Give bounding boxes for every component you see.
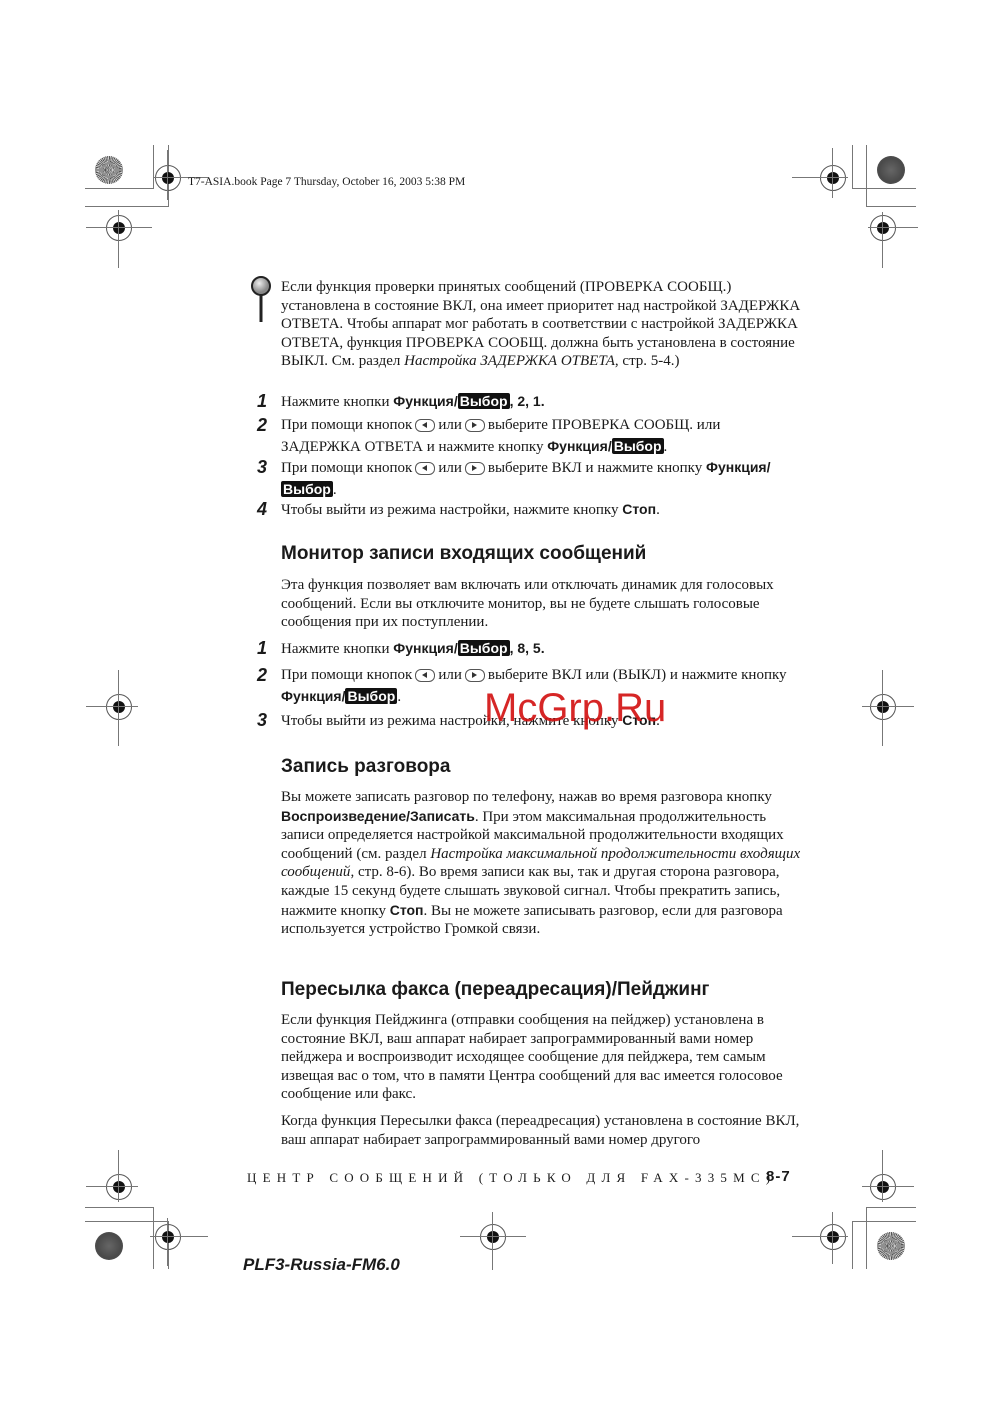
registration-mark-icon xyxy=(820,1224,846,1250)
select-key: Выбор xyxy=(458,393,510,409)
document-id: PLF3-Russia-FM6.0 xyxy=(243,1255,400,1275)
registration-mark-icon xyxy=(870,694,896,720)
watermark: McGrp.Ru xyxy=(484,686,666,731)
color-rosette-icon xyxy=(95,1232,123,1260)
color-rosette-icon xyxy=(95,156,123,184)
function-key: Функция/ xyxy=(393,393,457,409)
section-title-record: Запись разговора xyxy=(281,756,450,778)
print-header-meta: T7-ASIA.book Page 7 Thursday, October 16… xyxy=(188,176,465,188)
registration-mark-icon xyxy=(106,215,132,241)
registration-mark-icon xyxy=(870,215,896,241)
left-arrow-key-icon xyxy=(415,669,435,682)
registration-mark-icon xyxy=(480,1224,506,1250)
section-title-paging: Пересылка факса (переадресация)/Пейджинг xyxy=(281,979,709,1001)
color-rosette-icon xyxy=(877,1232,905,1260)
step-3: 3 При помощи кнопокиливыберите ВКЛ и наж… xyxy=(257,457,802,501)
page-number: 8-7 xyxy=(766,1168,791,1185)
magnifier-tip-icon xyxy=(250,275,272,325)
registration-mark-icon xyxy=(870,1174,896,1200)
left-arrow-key-icon xyxy=(415,462,435,475)
tip-note: Если функция проверки принятых сообщений… xyxy=(281,278,801,371)
monitor-step-1: 1 Нажмите кнопки Функция/Выбор, 8, 5. xyxy=(257,638,802,660)
registration-mark-icon xyxy=(155,165,181,191)
step-1: 1 Нажмите кнопки Функция/Выбор, 2, 1. xyxy=(257,391,802,413)
play-record-key: Воспроизведение/Записать xyxy=(281,808,475,824)
section-title-monitor: Монитор записи входящих сообщений xyxy=(281,543,646,565)
right-arrow-key-icon xyxy=(465,419,485,432)
footer-chapter-title: ЦЕНТР СООБЩЕНИЙ (ТОЛЬКО ДЛЯ FAX-335MC) xyxy=(247,1170,776,1186)
paging-p2: Когда функция Пересылки факса (переадрес… xyxy=(281,1112,801,1149)
left-arrow-key-icon xyxy=(415,419,435,432)
right-arrow-key-icon xyxy=(465,669,485,682)
registration-mark-icon xyxy=(106,1174,132,1200)
color-rosette-icon xyxy=(877,156,905,184)
step-4: 4 Чтобы выйти из режима настройки, нажми… xyxy=(257,499,802,521)
step-2: 2 При помощи кнопокиливыберите ПРОВЕРКА … xyxy=(257,415,802,458)
right-arrow-key-icon xyxy=(465,462,485,475)
registration-mark-icon xyxy=(155,1224,181,1250)
registration-mark-icon xyxy=(820,165,846,191)
registration-mark-icon xyxy=(106,694,132,720)
monitor-intro: Эта функция позволяет вам включать или о… xyxy=(281,576,801,632)
paging-p1: Если функция Пейджинга (отправки сообщен… xyxy=(281,1011,801,1104)
record-body: Вы можете записать разговор по телефону,… xyxy=(281,788,801,939)
stop-key: Стоп xyxy=(622,501,656,517)
